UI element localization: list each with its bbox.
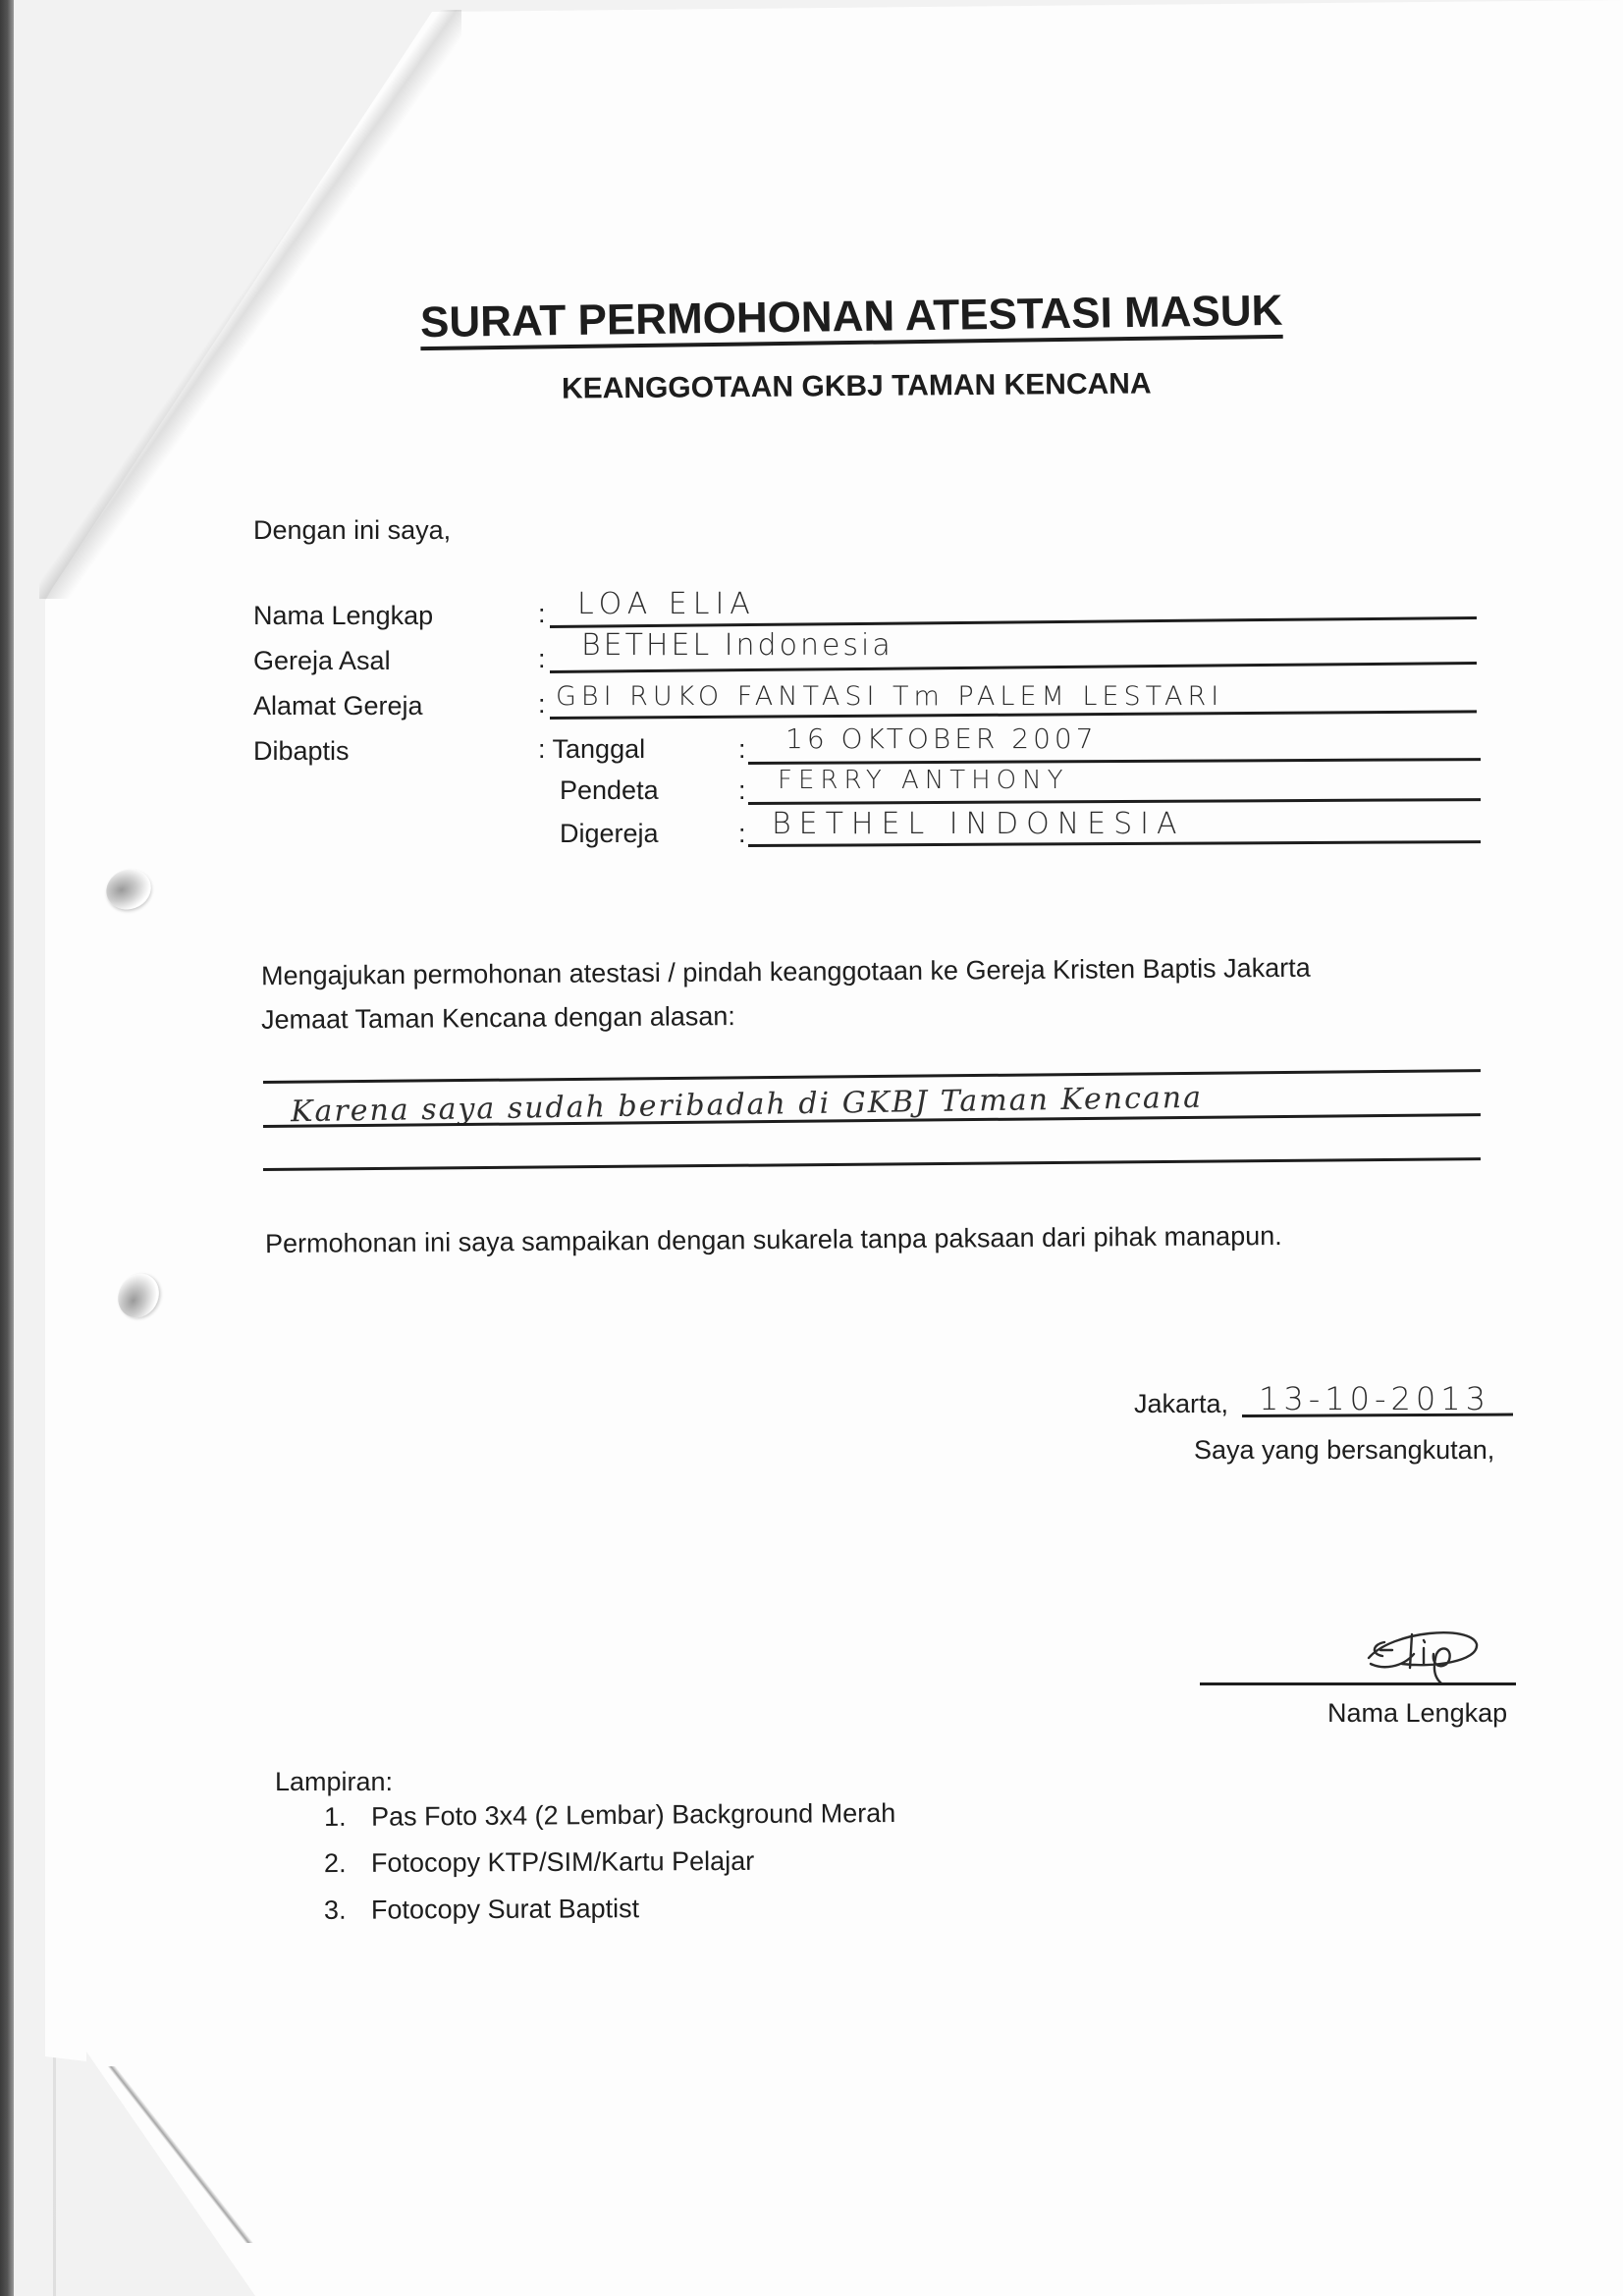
field-digereja[interactable]: BETHEL INDONESIA bbox=[772, 807, 1185, 841]
signature-line bbox=[1200, 1682, 1516, 1685]
reason-line-1 bbox=[263, 1069, 1481, 1084]
field-alamat-gereja[interactable]: GBI RUKO FANTASI Tm PALEM LESTARI bbox=[556, 681, 1223, 712]
label-gereja-asal: Gereja Asal bbox=[253, 646, 391, 676]
attachment-number: 3. bbox=[324, 1896, 371, 1926]
form-document: SURAT PERMOHONAN ATESTASI MASUK KEANGGOT… bbox=[0, 0, 1623, 2296]
attachment-text: Fotocopy KTP/SIM/Kartu Pelajar bbox=[371, 1846, 754, 1878]
attachment-number: 2. bbox=[324, 1848, 371, 1879]
field-nama-lengkap[interactable]: LOA ELIA bbox=[577, 587, 756, 621]
underline-gereja-asal bbox=[550, 662, 1477, 673]
attachment-item: 2.Fotocopy KTP/SIM/Kartu Pelajar bbox=[324, 1846, 754, 1879]
attachment-item: 1.Pas Foto 3x4 (2 Lembar) Background Mer… bbox=[324, 1798, 895, 1833]
colon: : bbox=[738, 775, 746, 806]
place-label: Jakarta, bbox=[1134, 1389, 1228, 1419]
attachments-title: Lampiran: bbox=[275, 1767, 393, 1797]
signature-icon[interactable] bbox=[1363, 1625, 1481, 1683]
declaration-text: Permohonan ini saya sampaikan dengan suk… bbox=[265, 1221, 1282, 1259]
colon: : bbox=[738, 819, 746, 849]
intro-text: Dengan ini saya, bbox=[253, 515, 451, 546]
label-tanggal-text: Tanggal bbox=[553, 734, 646, 764]
request-text-line2: Jemaat Taman Kencana dengan alasan: bbox=[261, 1001, 735, 1036]
colon: : bbox=[538, 599, 546, 629]
label-nama-lengkap: Nama Lengkap bbox=[253, 601, 433, 631]
attachment-item: 3.Fotocopy Surat Baptist bbox=[324, 1894, 639, 1926]
document-subtitle: KEANGGOTAAN GKBJ TAMAN KENCANA bbox=[562, 367, 1152, 405]
field-pendeta[interactable]: FERRY ANTHONY bbox=[778, 766, 1068, 795]
field-tanggal-baptis[interactable]: 16 OKTOBER 2007 bbox=[785, 722, 1098, 755]
label-digereja: Digereja bbox=[560, 819, 659, 849]
underline-digereja bbox=[748, 840, 1481, 847]
reason-line-3 bbox=[263, 1157, 1481, 1171]
request-text-line1: Mengajukan permohonan atestasi / pindah … bbox=[261, 953, 1311, 991]
underline-pendeta bbox=[748, 798, 1481, 805]
label-dibaptis: Dibaptis bbox=[253, 736, 350, 767]
label-alamat-gereja: Alamat Gereja bbox=[253, 691, 423, 721]
underline-tanggal bbox=[748, 758, 1481, 765]
attachment-text: Pas Foto 3x4 (2 Lembar) Background Merah bbox=[371, 1798, 895, 1832]
closing-text: Saya yang bersangkutan, bbox=[1194, 1435, 1494, 1466]
colon: : bbox=[538, 689, 546, 720]
signature-label: Nama Lengkap bbox=[1327, 1698, 1507, 1729]
colon: : bbox=[738, 734, 746, 765]
attachment-number: 1. bbox=[324, 1802, 371, 1833]
label-tanggal: : Tanggal bbox=[538, 734, 645, 765]
label-pendeta: Pendeta bbox=[560, 775, 659, 806]
attachment-text: Fotocopy Surat Baptist bbox=[371, 1894, 639, 1924]
field-gereja-asal[interactable]: BETHEL Indonesia bbox=[581, 628, 893, 663]
field-date[interactable]: 13-10-2013 bbox=[1259, 1380, 1490, 1417]
colon: : bbox=[538, 644, 546, 674]
document-title: SURAT PERMOHONAN ATESTASI MASUK bbox=[420, 287, 1283, 347]
